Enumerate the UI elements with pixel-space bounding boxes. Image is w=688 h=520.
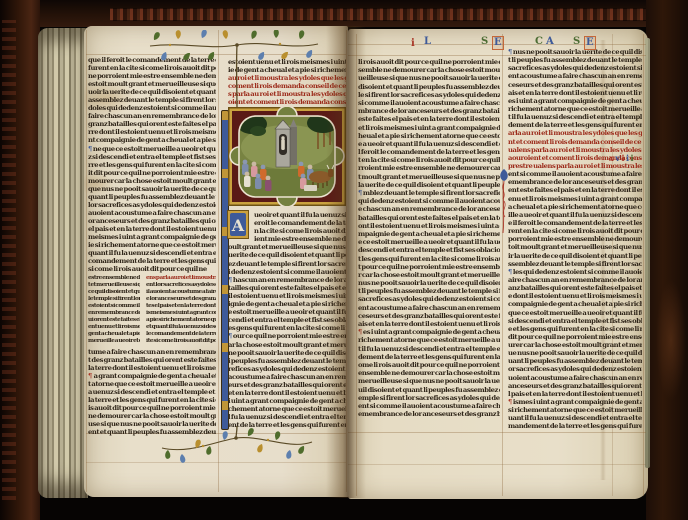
stone-shrine [275, 119, 297, 167]
text-line: furent en la cite si come li rois auoit … [88, 64, 216, 72]
text-line: ont il estoient uenu et li rois meismes … [358, 222, 500, 230]
text-line: semble ne demourer car la chose estoit m… [358, 66, 500, 74]
pen-flourished-initial [497, 167, 511, 237]
text-line: ent et quant li peuples fu assemblez deu… [88, 428, 216, 436]
leather-binding-right [646, 0, 688, 520]
text-line: ueilleuse si que nus ne pooit sauoir la … [358, 74, 500, 82]
text-line: auoient acoustume a faire chascun an en … [88, 209, 216, 217]
text-line: ent uenu et li rois meismes i uint a gra… [88, 324, 140, 331]
text-line: meismes i uint a grant compaignie de gen… [88, 233, 216, 241]
text-line: il estoient uenu et li rois meismes i ui… [228, 292, 346, 300]
text-line: compaignie de gent a cheual et a pie si … [508, 300, 642, 308]
text-line: si comme il auoient acoustume a faire ch… [358, 99, 500, 107]
text-line: l pais et en la terre dont il estoient u… [508, 390, 642, 398]
text-line: emple si firent lor sacrefices as ydoles… [358, 394, 500, 402]
text-line: estoit moult grant et merueilleuse si qu… [88, 80, 216, 88]
running-title-letter: i [411, 38, 415, 50]
running-title-letter: L [424, 36, 431, 48]
leather-blotch [656, 280, 686, 400]
text-line: ¶ismes i uint a grant compaignie de gent… [508, 398, 642, 406]
text-line: tes el pais et en la terre dont il estoi… [146, 303, 216, 310]
text-line: e et les gens qui furent en la cite si c… [508, 325, 642, 333]
text-line: ¶nus ne pooit sauoir la uerite de ce qui… [508, 48, 642, 56]
text-line: ¶mblez deuant le temple si firent lor sa… [358, 189, 500, 197]
text-line: ais et en la terre dont il estoient uenu… [508, 89, 642, 97]
fore-edge-sliver [645, 38, 650, 468]
text-line: ent acoustume a faire chascun an en reme… [358, 304, 500, 312]
text-line: es gens qui furent en la cite si come li… [228, 324, 346, 332]
illuminated-initial: A [227, 210, 249, 239]
text-line: t atorne que ce estoit merueille a ueoir… [88, 380, 216, 388]
text-line: que nus ne pooit sauoir la uerite de ce … [88, 185, 216, 193]
text-line: is meismes i uint a grant compaignie de … [146, 310, 216, 317]
text-line: z si descendi et entra el temple et fist… [88, 153, 216, 161]
text-line: e dont il estoient uenu et li rois meism… [508, 292, 642, 300]
text-line: sacrefices as ydoles qui dedenz estoient… [358, 295, 500, 303]
text-line: arla au roi et li moustra les ydoles que… [508, 129, 642, 137]
text-line: il auoient acoustume a faire chascun an … [146, 289, 216, 296]
text-line: ssemblez deuant le temple si firent lor … [508, 260, 642, 268]
text-line: mourer car la chose estoit moult grant e… [88, 177, 216, 185]
text-line: cendi et entra el temple et fist ses obl… [228, 316, 346, 324]
text-line: li rois auoit dit pour ce quil ne porroi… [358, 58, 500, 66]
svg-text:A: A [231, 216, 245, 235]
text-line: anz batailles qui orent este faites el p… [508, 284, 642, 292]
text-line: l feroit le comandement de la terre et l… [358, 148, 500, 156]
text-line: et en la terre dont il estoient uenu et … [228, 389, 346, 397]
text-line: nt et coment li rois demanda conseil de … [508, 138, 642, 146]
text-line: eurs et des granz batailles qui orent es… [228, 381, 346, 389]
running-title-letter: C [535, 36, 543, 48]
text-line: t pour ce quil ne porroient mie estre en… [358, 263, 500, 271]
text-line: l fu la uenuz si descendi et entra el te… [228, 413, 346, 421]
running-title-letter: A [546, 36, 554, 48]
text-line: ¶ne que ce estoit merueille a ueoir et q… [88, 145, 216, 153]
text-line: au roi et li moustra les ydoles que les … [228, 74, 346, 82]
text-line: quant il fu la uenuz si descendi et entr… [88, 249, 216, 257]
text-line: tailles qui orent este faites el pais et… [228, 284, 346, 292]
pilcrow-mark: ¶ [88, 145, 92, 153]
text-line: comandement de la terre et les gens qui … [88, 257, 216, 265]
text-line: uoir la uerite de ce quil disoient et qu… [88, 88, 216, 96]
text-line: gent a cheual et a pie si richement ator… [88, 331, 140, 338]
text-line: ent si comme il auoient acoustume a fair… [508, 170, 642, 178]
text-line: tume a faire chascun an en remembrance d… [88, 348, 216, 356]
text-line: estoient si comme il auoient acoustume a… [88, 303, 140, 310]
left-page-gloss-right: ens parla au roi et li moustra les ydole… [146, 275, 216, 345]
text-line: que il feroit le comandement de la terre… [88, 56, 216, 64]
text-line: ceseurs et des granz batailles qui orent… [358, 312, 500, 320]
text-line: t li peuples fu assemblez deuant le temp… [358, 287, 500, 295]
text-line: prestre ualens parla au roi et li moustr… [508, 162, 642, 170]
text-line: chement atorne que ce estoit merueille a… [228, 405, 346, 413]
text-line: en remembrance de lor anceseurs et des g… [88, 310, 140, 317]
text-line: t les gens qui furent en la cite si come… [358, 255, 500, 263]
text-line: porroient mie estre ensemble ne demourer… [508, 235, 642, 243]
text-line: dement de la terre et les gens qui furen… [358, 353, 500, 361]
text-line: a uenuz si descendi et entra el temple e… [88, 388, 216, 396]
text-line: a pie si richement atorne que ce estoit … [146, 317, 216, 324]
text-line: sacrefices as ydoles qui dedenz estoient… [508, 64, 642, 72]
pilcrow-mark: ¶ [358, 328, 362, 336]
text-line: ensemble ne demourer car la chose estoit… [358, 369, 500, 377]
text-line: ¶our ce quil ne porroient mie estre ense… [228, 332, 346, 340]
text-line: este faites el pais et en la terre dont … [358, 115, 500, 123]
text-line: t il fu la uenuz si descendi et entra el… [358, 345, 500, 353]
pilcrow-mark: ¶ [508, 48, 512, 56]
text-line: ome li rois auoit dit pour ce quil ne po… [358, 361, 500, 369]
text-line: nus ne pooit sauoir la uerite de ce quil… [358, 279, 500, 287]
text-line: ¶hascun an en remembrance de lor anceseu… [228, 276, 346, 284]
text-line: e lor anceseurs et des granz batailles q… [146, 296, 216, 303]
chapter-numeral-char: i [631, 153, 636, 163]
text-line: ar la chose estoit moult grant et meruei… [228, 341, 346, 349]
text-line: ent este faites el pais et en la terre d… [508, 186, 642, 194]
text-line: uoient acoustume a faire chascun an en r… [508, 374, 642, 382]
text-line: ir la uerite de ce quil disoient et quan… [508, 252, 642, 260]
text-line: le temple si firent lor sacrefices as yd… [88, 296, 140, 303]
text-line: rre dont il estoient uenu et li rois mei… [88, 128, 216, 136]
text-line: e a ueoir et quant il fu la uenuz si des… [358, 140, 500, 148]
text-line: lor sacrefices as ydoles qui dedenz esto… [88, 201, 216, 209]
text-line: heual et a pie si richement atorne que c… [358, 132, 500, 140]
text-line: si richement atorne que ce estoit meruei… [508, 406, 642, 414]
pilcrow-mark: ¶ [88, 372, 92, 380]
text-line: ne demourer car la chose estoit moult gr… [88, 412, 216, 420]
right-page-column-2: ¶nus ne pooit sauoir la uerite de ce qui… [508, 48, 642, 431]
text-line: quant li peuples fu assemblez deuant le … [88, 193, 216, 201]
text-line: que ce estoit merueille a ueoir et quant… [508, 309, 642, 317]
pilcrow-mark: ¶ [508, 398, 512, 406]
running-title-letter: S [573, 36, 580, 48]
text-line: si descendi et entra el temple et fist s… [508, 317, 642, 325]
stone-pile [304, 185, 317, 191]
text-line: toit moult grant et merueilleuse si que … [508, 243, 642, 251]
text-line: estoient uenu et li rois meismes i uint … [228, 58, 346, 66]
text-line: la uerite de ce quil disoient et quant l… [358, 181, 500, 189]
text-line: oient et coment li rois demanda conseil … [228, 98, 346, 106]
text-line: assemblez deuant le temple si firent lor… [88, 96, 216, 104]
text-line: ui orent este faites el pais et en la te… [88, 317, 140, 324]
text-line: anceseurs et des granz batailles qui ore… [508, 382, 642, 390]
pilcrow-mark: ¶ [508, 268, 512, 276]
text-line: la terre dont il estoient uenu et li roi… [88, 364, 216, 372]
running-title-letter: E [492, 36, 504, 50]
text-line: si come li rois auoit dit pour ce quil n… [88, 265, 216, 273]
text-line: emembrance de lor anceseurs et des granz… [358, 410, 500, 418]
miniature-illumination [228, 107, 346, 206]
text-line: t moult grant et merueilleuse si que nus… [358, 173, 500, 181]
text-line: ite si come li rois auoit dit pour ce qu… [146, 338, 216, 345]
left-page-column-2-body: ueoir et quant il fu la uenuz si descend… [228, 211, 346, 430]
pilcrow-mark: ¶ [358, 189, 362, 197]
left-page-column-2-rubric: estoient uenu et li rois meismes i uint … [228, 58, 346, 107]
text-line: ¶es i uint a grant compaignie de gent a … [358, 328, 500, 336]
text-line: ne pooit sauoir la uerite de ce quil dis… [228, 349, 346, 357]
text-line: mpaignie de gent a cheual et a pie si ri… [358, 230, 500, 238]
text-line: i uint a grant compaignie de gent a cheu… [228, 397, 346, 405]
text-line: acoustume a faire chascun an en remembra… [228, 373, 346, 381]
running-title-letter: S [481, 36, 488, 48]
text-line: et li rois meismes i uint a grant compai… [358, 124, 500, 132]
text-line: rroient mie estre ensemble ne demourer c… [358, 164, 500, 172]
text-line: ille a ueoir et quant il fu la uenuz si … [508, 211, 642, 219]
text-line: granz batailles qui orent este faites el… [88, 120, 216, 128]
text-line: ne porroient mie estre ensemble ne demou… [88, 72, 216, 80]
text-line: faire chascun an en remembrance de lor a… [88, 112, 216, 120]
text-line: dit pour ce quil ne porroient mie estre … [508, 333, 642, 341]
text-line: s parla au roi et li moustra les ydoles … [228, 90, 346, 98]
manuscript-photo: que il feroit le comandement de la terre… [0, 0, 688, 520]
left-page-column-1-lower: tume a faire chascun an en remembrance d… [88, 348, 216, 437]
text-line: aire chascun an en remembrance de lor an… [508, 276, 642, 284]
text-line: emembrance de lor anceseurs et des granz… [508, 178, 642, 186]
text-line: el pais et en la terre dont il estoient … [88, 225, 216, 233]
text-line: ignie de gent a cheual et a pie si riche… [228, 300, 346, 308]
text-line: mandement de la terre et les gens qui fu… [508, 422, 642, 430]
text-line: i peuples fu assemblez deuant le temple … [228, 357, 346, 365]
text-line: e estoit merueille a ueoir et quant il f… [228, 308, 346, 316]
left-page-column-1-upper: que il feroit le comandement de la terre… [88, 56, 216, 273]
leather-tooling-band [110, 8, 655, 21]
left-page-gloss-left: estre ensemble ne demourer car la chose … [88, 275, 140, 345]
right-page-column-1: li rois auoit dit pour ce quil ne porroi… [358, 58, 500, 418]
text-line: a cheual et a pie si richement atorne qu… [508, 203, 642, 211]
text-line: le si firent lor sacrefices as ydoles qu… [358, 91, 500, 99]
text-line: it dit pour ce quil ne porroient mie est… [88, 169, 216, 177]
text-line: uant il fu la uenuz si descendi et entra… [508, 414, 642, 422]
text-line: richement atorne que ce estoit merueille… [508, 105, 642, 113]
text-line: t en la cite si come li rois auoit dit p… [358, 156, 500, 164]
text-line: ue nus ne pooit sauoir la uerite de ce q… [508, 349, 642, 357]
text-line: use si que nus ne pooit sauoir la uerite… [88, 420, 216, 428]
text-line: qui dedenz estoient si comme il auoient … [358, 197, 500, 205]
text-line: ¶les qui dedenz estoient si comme il auo… [508, 268, 642, 276]
text-line: uant li peuples fu assemblez deuant le t… [508, 357, 642, 365]
text-line: t il fu la uenuz si descendi et entra el… [508, 113, 642, 121]
text-line: enu et li rois meismes i uint a grant co… [508, 195, 642, 203]
text-line: ens parla au roi et li moustra les ydole… [146, 275, 216, 282]
text-line: ez deuant le temple si firent lor sacref… [228, 260, 346, 268]
text-line: or sacrefices as ydoles qui dedenz estoi… [508, 365, 642, 373]
text-line: ent de la terre et les gens qui furent e… [228, 421, 346, 429]
text-line: doles qui dedenz estoient si comme il au… [88, 104, 216, 112]
text-line: e ce estoit merueille a ueoir et quant i… [358, 238, 500, 246]
running-title-letter: E [584, 36, 596, 50]
text-line: t li peuples fu assemblez deuant le temp… [508, 56, 642, 64]
text-line: merueille a ueoir et quant il fu la uenu… [88, 338, 140, 345]
text-line: merueilleuse si que nus ne pooit sauoir … [358, 377, 500, 385]
text-line: es i uint a grant compaignie de gent a c… [508, 97, 642, 105]
text-line: ceseurs et des granz batailles qui orent… [508, 81, 642, 89]
text-line: et quant il fu la uenuz si descendi et e… [146, 324, 216, 331]
text-line: ¶ a grant compaignie de gent a cheual et… [88, 372, 216, 380]
text-line: rent en la cite si come li rois auoit di… [508, 227, 642, 235]
text-line: ent lor sacrefices as ydoles qui dedenz … [146, 282, 216, 289]
text-line: ent acoustume a faire chascun an en reme… [508, 72, 642, 80]
text-line: ie si richement atorne que ce estoit mer… [88, 241, 216, 249]
text-line: uerite de ce quil disoient et quant li p… [228, 251, 346, 259]
text-line: oult grant et merueilleuse si que nus ne… [228, 243, 346, 251]
text-line: e il feroit le comandement de la terre e… [508, 219, 642, 227]
text-line: mbrance de lor anceseurs et des granz ba… [358, 107, 500, 115]
text-line: or anceseurs et des granz batailles qui … [88, 217, 216, 225]
text-line: nt compaignie de gent a cheual et a pie … [88, 136, 216, 144]
text-line: dement de la terre et les gens qui furen… [508, 121, 642, 129]
text-line: estre ensemble ne demourer car la chose … [88, 275, 140, 282]
text-line: richement atorne que ce estoit merueille… [358, 336, 500, 344]
text-line: disoient et quant li peuples fu assemble… [358, 83, 500, 91]
text-line: batailles qui orent este faites el pais … [358, 214, 500, 222]
chapter-numeral-xviii: xviii [609, 153, 635, 163]
text-line: e chascun an en remembrance de lor ances… [358, 205, 500, 213]
text-line: ce quil disoient et quant li peuples fu … [88, 289, 140, 296]
text-line: ais et en la terre dont il estoient uenu… [358, 320, 500, 328]
text-line: t des granz batailles qui orent este fai… [88, 356, 216, 364]
text-line: t et merueilleuse si que nus ne pooit sa… [88, 282, 140, 289]
text-line: refices as ydoles qui dedenz estoient si… [228, 365, 346, 373]
text-line: ent si comme il auoient acoustume a fair… [358, 402, 500, 410]
text-line: la terre et les gens qui furent en la ci… [88, 396, 216, 404]
text-line: ie de gent a cheual et a pie si richemen… [228, 66, 346, 74]
text-line: i dedenz estoient si comme il auoient ac… [228, 268, 346, 276]
text-line: coment li rois demanda conseil de ce qui… [228, 82, 346, 90]
text-line: is auoit dit pour ce quil ne porroient m… [88, 404, 216, 412]
text-line: r car la chose estoit moult grant et mer… [358, 271, 500, 279]
text-line: le comandement de la terre et les gens q… [146, 331, 216, 338]
text-line: descendi et entra el temple et fist ses … [358, 246, 500, 254]
leather-tooling-left [2, 20, 16, 500]
page-stack-edges [38, 28, 88, 498]
text-line: rre et les gens qui furent en la cite si… [88, 161, 216, 169]
text-line: urer car la chose estoit moult grant et … [508, 341, 642, 349]
text-line: uil disoient et quant li peuples fu asse… [358, 386, 500, 394]
